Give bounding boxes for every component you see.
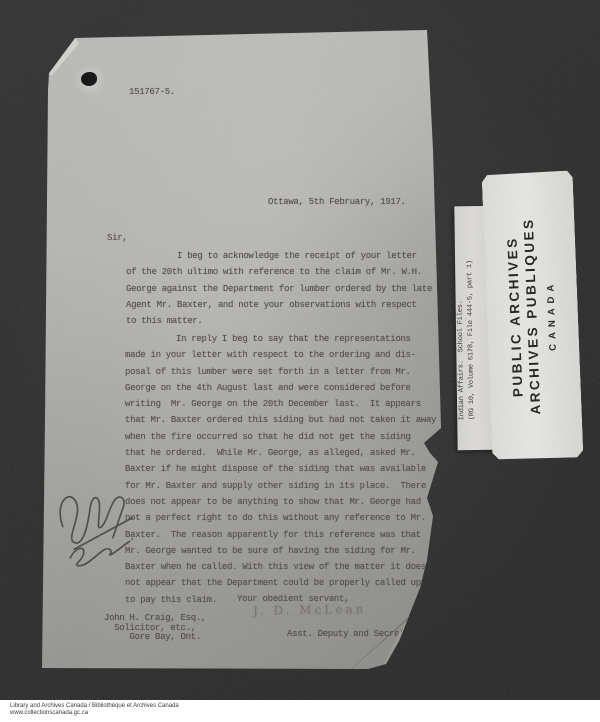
letter-paragraph-2: In reply I beg to say that the represent… [125,331,436,608]
reference-label-line2: (RG 10, Volume 6178, File 444-5, part 1) [464,206,477,450]
signer-title: Asst. Deputy and Secret [287,626,404,642]
punch-hole [81,72,97,86]
salutation: Sir, [107,230,127,246]
file-number: 151767-5. [129,84,175,100]
public-archives-stamp-strip: PUBLIC ARCHIVES ARCHIVES PUBLIQUES CANAD… [482,170,584,460]
dateline: Ottawa, 5th February, 1917. [268,194,406,210]
scanned-letter-photo: { "photo": { "background_color": "#2b2b2… [0,0,600,722]
signature-stamp: J. D. McLean [253,602,367,618]
footer-credit-line: Library and Archives Canada / Bibliothèq… [10,703,179,710]
letter-paragraph-1: I beg to acknowledge the receipt of your… [126,248,432,329]
handwritten-annotation [50,466,140,571]
recipient-address: John H. Craig, Esq., Solicitor, etc., Go… [104,614,206,643]
footer-bar: Library and Archives Canada / Bibliothèq… [0,700,600,722]
footer-url: www.collectionscanada.gc.ca [10,710,179,717]
